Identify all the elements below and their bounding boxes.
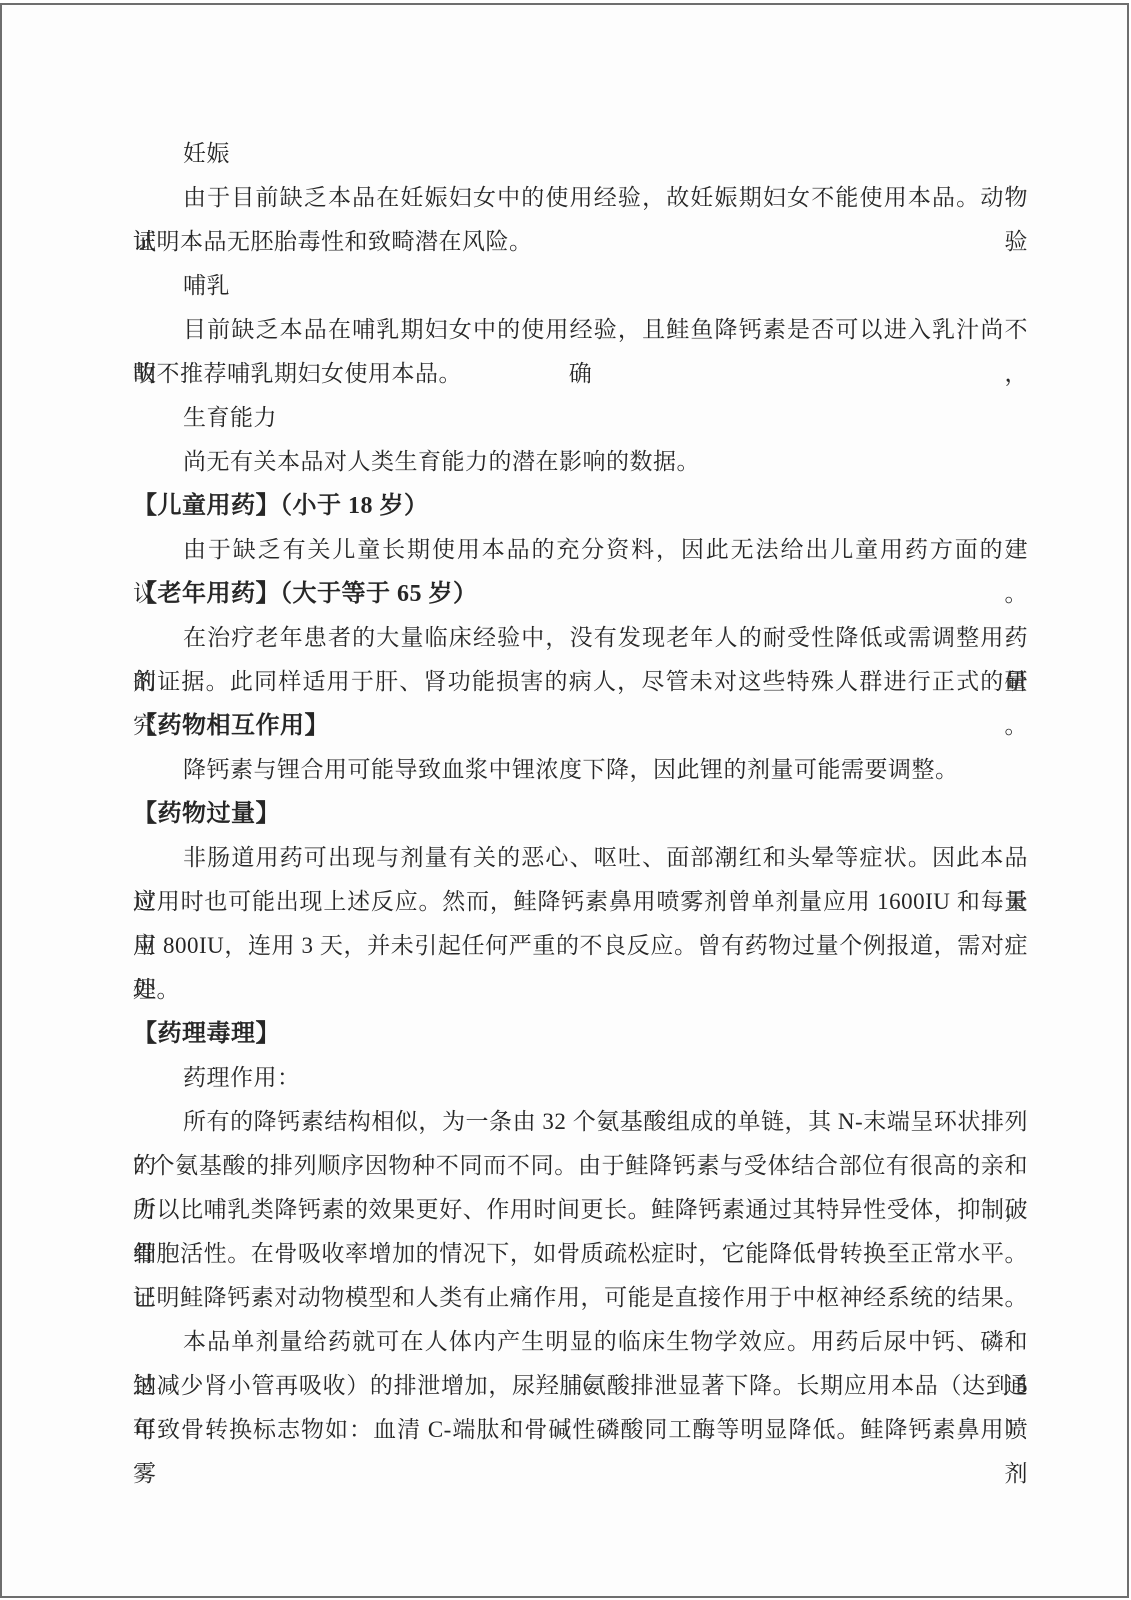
interactions-paragraph-line: 降钙素与锂合用可能导致血浆中锂浓度下降，因此锂的剂量可能需要调整。	[133, 748, 1028, 792]
overdose-paragraph-line: 用 800IU，连用 3 天，并未引起任何严重的不良反应。曾有药物过量个例报道，…	[133, 924, 1028, 968]
geriatric-paragraph-line: 的证据。此同样适用于肝、肾功能损害的病人，尽管未对这些特殊人群进行正式的研究。	[133, 660, 1028, 704]
overdose-paragraph-line: 非肠道用药可出现与剂量有关的恶心、呕吐、面部潮红和头晕等症状。因此本品过量	[133, 836, 1028, 880]
fertility-paragraph-line: 尚无有关本品对人类生育能力的潜在影响的数据。	[133, 440, 1028, 484]
subheading-pharmacological-action: 药理作用：	[133, 1056, 1028, 1100]
subheading-lactation: 哺乳	[133, 264, 1028, 308]
pharmacology-paragraph-line: 可致骨转换标志物如：血清 C-端肽和骨碱性磷酸同工酶等明显降低。鲑降钙素鼻用喷雾…	[133, 1408, 1028, 1452]
pharmacology-paragraph-line: 7 个氨基酸的排列顺序因物种不同而不同。由于鲑降钙素与受体结合部位有很高的亲和力…	[133, 1144, 1028, 1188]
heading-pharmacology-toxicology: 【药理毒理】	[133, 1012, 1028, 1056]
pharmacology-paragraph-line: 证明鲑降钙素对动物模型和人类有止痛作用，可能是直接作用于中枢神经系统的结果。	[133, 1276, 1028, 1320]
overdose-paragraph-line: 应用时也可能出现上述反应。然而，鲑降钙素鼻用喷雾剂曾单剂量应用 1600IU 和…	[133, 880, 1028, 924]
lactation-paragraph-line: 目前缺乏本品在哺乳期妇女中的使用经验，且鲑鱼降钙素是否可以进入乳汁尚不明确，	[133, 308, 1028, 352]
pharmacology-paragraph-line: 本品单剂量给药就可在人体内产生明显的临床生物学效应。用药后尿中钙、磷和钠（通	[133, 1320, 1028, 1364]
pharmacology-paragraph-line: 所以比哺乳类降钙素的效果更好、作用时间更长。鲑降钙素通过其特异性受体，抑制破骨	[133, 1188, 1028, 1232]
package-insert-text-block: 妊娠 由于目前缺乏本品在妊娠妇女中的使用经验，故妊娠期妇女不能使用本品。动物试验…	[133, 132, 1028, 1452]
pharmacology-paragraph-line: 过减少肾小管再吸收）的排泄增加，尿羟脯氨酸排泄显著下降。长期应用本品（达到 5 …	[133, 1364, 1028, 1408]
geriatric-paragraph-line: 在治疗老年患者的大量临床经验中，没有发现老年人的耐受性降低或需调整用药剂量	[133, 616, 1028, 660]
heading-overdose: 【药物过量】	[133, 792, 1028, 836]
pharmacology-paragraph-line: 所有的降钙素结构相似，为一条由 32 个氨基酸组成的单链，其 N-末端呈环状排列…	[133, 1100, 1028, 1144]
pediatric-paragraph-line: 由于缺乏有关儿童长期使用本品的充分资料，因此无法给出儿童用药方面的建议。	[133, 528, 1028, 572]
pregnancy-paragraph-line: 由于目前缺乏本品在妊娠妇女中的使用经验，故妊娠期妇女不能使用本品。动物试验	[133, 176, 1028, 220]
heading-pediatric-use: 【儿童用药】（小于 18 岁）	[133, 484, 1028, 528]
overdose-paragraph-line: 理。	[133, 968, 1028, 1012]
pharmacology-paragraph-line: 细胞活性。在骨吸收率增加的情况下，如骨质疏松症时，它能降低骨转换至正常水平。 已	[133, 1232, 1028, 1276]
subheading-fertility: 生育能力	[133, 396, 1028, 440]
subheading-pregnancy: 妊娠	[133, 132, 1028, 176]
